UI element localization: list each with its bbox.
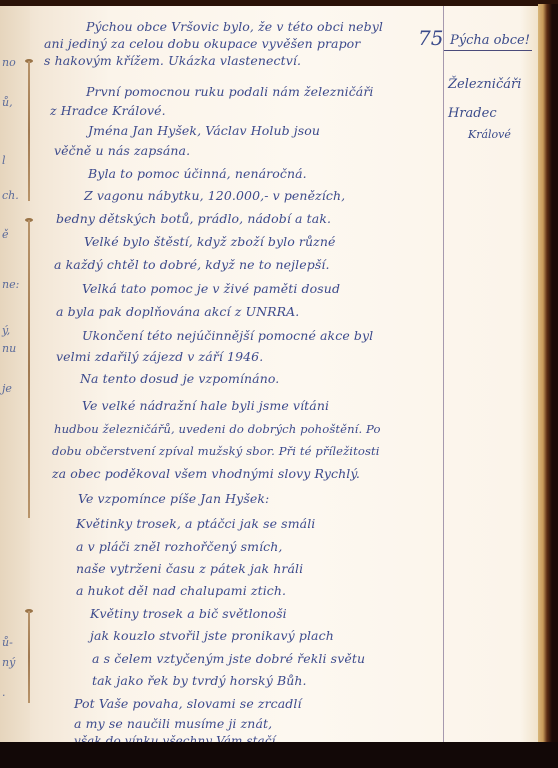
prev-page-fragment: je bbox=[2, 382, 12, 395]
prev-page-fragment: ný bbox=[2, 656, 15, 669]
text-line: s hakovým křížem. Ukázka vlastenectví. bbox=[44, 53, 301, 68]
text-line: bedny dětských botů, prádlo, nádobí a ta… bbox=[56, 211, 331, 226]
text-line: Jména Jan Hyšek, Václav Holub jsou bbox=[88, 123, 320, 138]
poem-line: a my se naučili musíme ji znát, bbox=[74, 716, 272, 731]
text-line: z Hradce Králové. bbox=[50, 103, 166, 118]
poem-line: a s čelem vztyčeným jste dobré řekli svě… bbox=[92, 651, 365, 666]
poem-line: naše vytrženi času z pátek jak hráli bbox=[76, 561, 303, 576]
text-line: Velké bylo štěstí, když zboží bylo různé bbox=[84, 234, 336, 249]
previous-page-edge: no ů, l ch. ě ne: ý, nu je ů- ný . bbox=[0, 6, 30, 742]
text-line: Z vagonu nábytku, 120.000,- v penězích, bbox=[84, 188, 345, 203]
poem-line: a hukot děl nad chalupami ztich. bbox=[76, 583, 286, 598]
text-line: ani jediný za celou dobu okupace vyvěšen… bbox=[44, 36, 360, 51]
text-line: Pýchou obce Vršovic bylo, že v této obci… bbox=[86, 19, 383, 34]
prev-page-fragment: ě bbox=[2, 228, 9, 241]
prev-page-fragment: ů, bbox=[2, 96, 13, 109]
text-line: Ve velké nádražní hale byli jsme vítáni bbox=[82, 398, 329, 413]
poem-line: tak jako řek by tvrdý horský Bůh. bbox=[92, 673, 307, 688]
poem-line: však do vínku všechny Vám stačí bbox=[74, 734, 276, 742]
poem-line: Květinky trosek, a ptáčci jak se smáli bbox=[76, 516, 315, 531]
margin-underline bbox=[444, 50, 532, 51]
margin-note: Králové bbox=[468, 128, 511, 141]
prev-page-fragment: . bbox=[2, 686, 6, 699]
text-line: dobu občerstvení zpíval mužský sbor. Při… bbox=[52, 444, 380, 458]
poem-line: a v pláči zněl rozhořčený smích, bbox=[76, 539, 283, 554]
prev-page-fragment: no bbox=[2, 56, 16, 69]
prev-page-fragment: ch. bbox=[2, 189, 19, 202]
binding-stitch bbox=[28, 611, 30, 703]
notebook-page: no ů, l ch. ě ne: ý, nu je ů- ný . 75 Pý… bbox=[0, 6, 540, 742]
scan-frame-bottom bbox=[0, 742, 558, 768]
text-line: Ukončení této nejúčinnější pomocné akce … bbox=[82, 328, 373, 343]
text-line: hudbou železničářů, uvedeni do dobrých p… bbox=[54, 422, 381, 436]
poem-line: Květiny trosek a bič světlonoši bbox=[90, 606, 287, 621]
margin-line bbox=[443, 6, 444, 742]
text-line: Na tento dosud je vzpomínáno. bbox=[80, 371, 279, 386]
margin-note: Železničáři bbox=[448, 77, 521, 92]
margin-note: Hradec bbox=[448, 106, 497, 121]
binding-stitch bbox=[28, 61, 30, 201]
text-line: Ve vzpomínce píše Jan Hyšek: bbox=[78, 491, 269, 506]
book-cover-edge bbox=[538, 4, 558, 744]
binding-stitch bbox=[28, 220, 30, 518]
text-line: a byla pak doplňována akcí z UNRRA. bbox=[56, 304, 299, 319]
prev-page-fragment: l bbox=[2, 154, 6, 167]
prev-page-fragment: ý, bbox=[2, 324, 10, 337]
text-line: Velká tato pomoc je v živé paměti dosud bbox=[82, 281, 340, 296]
page-number: 75 bbox=[418, 26, 443, 50]
margin-note-title: Pýcha obce! bbox=[450, 33, 530, 48]
text-line: a každý chtěl to dobré, když ne to nejle… bbox=[54, 257, 330, 272]
text-line: věčně u nás zapsána. bbox=[54, 143, 190, 158]
text-line: za obec poděkoval všem vhodnými slovy Ry… bbox=[52, 466, 360, 481]
text-line: velmi zdařilý zájezd v září 1946. bbox=[56, 349, 263, 364]
poem-line: jak kouzlo stvořil jste pronikavý plach bbox=[90, 628, 334, 643]
poem-line: Pot Vaše povaha, slovami se zrcadlí bbox=[74, 696, 302, 711]
prev-page-fragment: ů- bbox=[2, 636, 13, 649]
text-line: První pomocnou ruku podali nám železničá… bbox=[86, 84, 374, 99]
text-line: Byla to pomoc účinná, nenáročná. bbox=[88, 166, 307, 181]
prev-page-fragment: ne: bbox=[2, 278, 19, 291]
prev-page-fragment: nu bbox=[2, 342, 16, 355]
